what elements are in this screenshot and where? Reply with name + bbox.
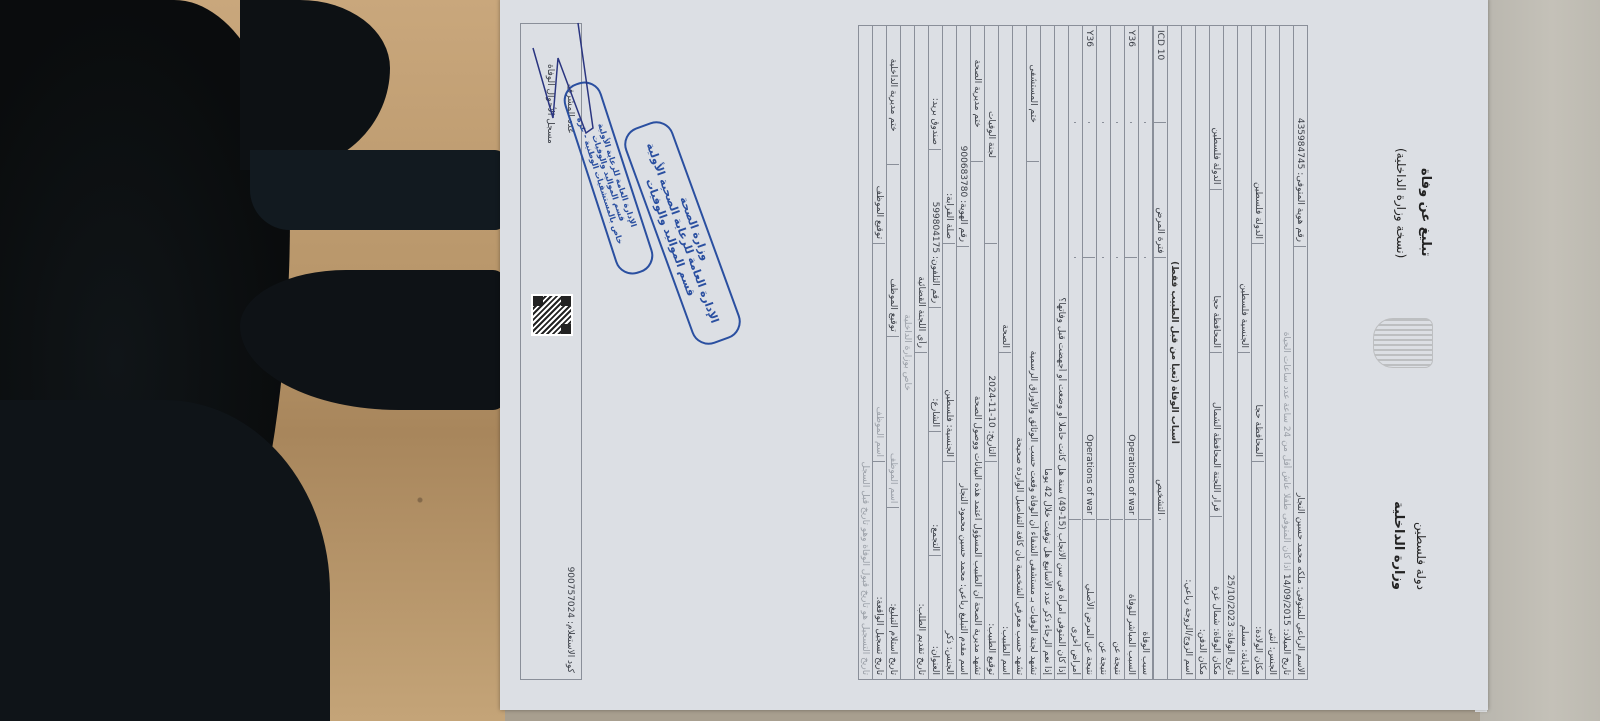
informant-id: 900683780 xyxy=(959,146,969,198)
field-label: تاريخ تقديم الطلب: xyxy=(916,352,928,679)
informant-nationality: فلسطين xyxy=(945,389,955,421)
cause-icd xyxy=(1075,26,1077,122)
table-row: تاريخ تقديم الطلب: رأي اللجنة القضائية xyxy=(914,25,928,680)
cause-diagnosis xyxy=(1145,257,1147,518)
cause-row: نتيجة عن المرض الأصليOperations of warY3… xyxy=(1082,25,1096,680)
table-row: مكان الولادة: المحافظة حجا الدولة فلسطين xyxy=(1251,25,1265,680)
floor-background-right xyxy=(1480,0,1600,721)
cause-duration xyxy=(1075,122,1077,257)
cause-row: نتيجة عن xyxy=(1110,25,1124,680)
field-label: الشارع: xyxy=(930,307,942,431)
field-label: رقم التلفون: xyxy=(931,256,941,303)
column-header: التشخيص xyxy=(1155,257,1167,518)
governorate-value: المحافظة حجا xyxy=(1253,243,1265,461)
table-row: اسم الزوج/الزوجة رباعي: xyxy=(1181,25,1195,680)
table-row: الجنس: أنثى xyxy=(1265,25,1279,680)
informant-name: محمد حسين محمود النجار xyxy=(959,484,969,582)
field-label: مكان الوفاة: xyxy=(1212,628,1222,675)
informant-gender: ذكر xyxy=(945,631,955,644)
field-label: اسم الموظف xyxy=(874,243,886,461)
column-header: ICD 10 xyxy=(1155,26,1167,122)
directorate-stamp-label: ختم مديرية الصحة xyxy=(972,26,984,161)
section-title: أسباب الوفاة (تعبأ من قبل الطبيب فقط) xyxy=(1169,26,1181,679)
doctor-certification: تشهد حسب معرفي الشخصية بأن كافة التفاصيل… xyxy=(1014,26,1026,679)
field-label: قرار اللجنة xyxy=(1212,471,1222,512)
causes-header-row: التشخيص فترة المرض ICD 10 xyxy=(1153,25,1167,680)
copy-label: (نسخة وزارة الداخلية) xyxy=(1394,148,1408,258)
cause-label: نتيجة عن xyxy=(1112,519,1124,679)
cause-label: نتيجة عن المرض الأصلي xyxy=(1084,519,1096,679)
hospital-certification: تشهد لجنة الوفيات بـ مستشفى الشفاء أن ال… xyxy=(1028,161,1040,679)
cause-diagnosis xyxy=(1117,257,1119,518)
field-label: الجنس: xyxy=(1268,647,1278,675)
cause-duration xyxy=(1089,122,1091,257)
field-label: الاسم الرباعي للمتوفى: xyxy=(1296,587,1306,675)
field-label: التاريخ: xyxy=(987,431,997,457)
document-header: دولة فلسطين وزارة الداخلية تبليغ عن وفاة… xyxy=(1313,0,1488,710)
field-label: اسم الزوج/الزوجة رباعي: xyxy=(1183,26,1195,679)
qr-code-icon xyxy=(531,294,573,336)
cause-label: نتيجة عن xyxy=(1098,519,1110,679)
field-label: اسم الطبيب: xyxy=(1000,352,1012,679)
table-row: إذا نعم الرجاء ذكر عدد الأسابيع هل توفيت… xyxy=(1040,25,1054,680)
table-row: تاريخ الوفاة: 25/10/2023 xyxy=(1223,25,1237,680)
field-label: توقيع الموظف xyxy=(888,164,900,336)
column-header: فترة المرض xyxy=(1155,122,1167,257)
informant-phone: 599804175 xyxy=(931,202,941,254)
field-label: رقم الهوية: xyxy=(959,200,969,242)
causes-title-row: أسباب الوفاة (تعبأ من قبل الطبيب فقط) xyxy=(1167,25,1181,680)
table-row: الاسم الرباعي للمتوفى: ملكه محمد حسين ال… xyxy=(1293,25,1308,680)
directorate-stamp-label: ختم مديرية الداخلية xyxy=(888,26,900,164)
inquiry-code: 900757024 xyxy=(565,567,575,619)
country-value: الدولة فلسطين xyxy=(1211,26,1223,189)
cause-icd: Y36 xyxy=(1084,26,1096,122)
cause-row: أمراض أخرى xyxy=(1068,25,1082,680)
field-label: توقيع الطبيب: xyxy=(986,461,998,679)
nationality-value: الجنسية فلسطين xyxy=(1239,26,1251,352)
cause-icd: Y36 xyxy=(1126,26,1138,122)
cause-row: سبب الوفاة xyxy=(1138,25,1153,680)
registration-note: تاريخ التسجيل هو تاريخ قبول الوفاة وهو ت… xyxy=(860,26,872,679)
religion-value: مسلم xyxy=(1240,625,1250,647)
document-title: تبليغ عن وفاة xyxy=(1418,168,1433,256)
cause-icd xyxy=(1145,26,1147,122)
table-row: اسم مقدم التبليغ رباعي: محمد حسين محمود … xyxy=(956,25,970,680)
field-label: تاريخ استلام التبليغ: xyxy=(888,507,900,679)
deceased-id: 435984745 xyxy=(1296,118,1306,170)
committee-label: لجنة الوفيات xyxy=(986,26,998,243)
gender-value: أنثى xyxy=(1268,629,1278,644)
table-row: توقيع الطبيب: التاريخ: 10-11-2024 لجنة ا… xyxy=(984,25,998,680)
table-row: تشهد لجنة الوفيات بـ مستشفى الشفاء أن ال… xyxy=(1026,25,1040,680)
cause-diagnosis: Operations of war xyxy=(1084,257,1096,518)
field-label: الجنسية: xyxy=(945,425,955,457)
field-label: اسم الموظف xyxy=(888,336,900,508)
cause-label: أمراض أخرى xyxy=(1070,519,1082,679)
governorate-value: المحافظة حجا xyxy=(1211,189,1223,353)
field-label: الجنس: xyxy=(945,647,955,675)
cause-diagnosis xyxy=(1103,257,1105,518)
signature-icon xyxy=(518,18,598,138)
dark-clothing-fold xyxy=(250,150,505,230)
field-label: صلة القرابة: xyxy=(944,26,956,243)
table-row: تاريخ الميلاد: 14/09/2015 اذا كان المتوف… xyxy=(1279,25,1293,680)
table-row: تاريخ استلام التبليغ: اسم الموظف توقيع ا… xyxy=(886,25,900,680)
cause-duration xyxy=(1103,122,1105,257)
cause-label: سبب الوفاة xyxy=(1140,519,1152,679)
field-label: تاريخ الميلاد: xyxy=(1282,629,1292,675)
section-title: خاص بوزارة الداخلية xyxy=(902,26,914,679)
cause-row: السبب المباشر للوفاةOperations of warY36 xyxy=(1124,25,1138,680)
field-label: رأي اللجنة القضائية xyxy=(916,26,928,352)
deceased-info-table: الاسم الرباعي للمتوفى: ملكه محمد حسين ال… xyxy=(858,25,1308,680)
deceased-name: ملكه محمد حسين النجار xyxy=(1296,493,1306,584)
field-label: رقم هوية المتوفى: xyxy=(1296,172,1306,242)
district-value: المحافظة الشمال xyxy=(1212,402,1222,468)
pregnancy-question: إذا نعم الرجاء ذكر عدد الأسابيع هل توفيت… xyxy=(1042,26,1054,679)
certification-date: 10-11-2024 xyxy=(987,375,997,427)
country-value: الدولة فلسطين xyxy=(1253,26,1265,243)
cause-icd xyxy=(1103,26,1105,122)
field-label: التجمع: xyxy=(930,431,942,555)
table-row: تشهد مديرية الصحة أن الطبيب المسؤول اعتم… xyxy=(970,25,984,680)
field-label: تاريخ تسجيل الواقعة: xyxy=(874,461,886,679)
directorate-certification: تشهد مديرية الصحة أن الطبيب المسؤول اعتم… xyxy=(972,161,984,679)
death-place: شمال غزة xyxy=(1212,586,1222,625)
field-label: اسم مقدم التبليغ رباعي: xyxy=(959,584,969,675)
eagle-emblem-icon xyxy=(1373,318,1433,368)
field-label: تاريخ الوفاة: xyxy=(1226,630,1236,675)
field-label: مكان الولادة: xyxy=(1254,626,1264,675)
table-row: مكان الدفن: xyxy=(1195,25,1209,680)
field-label: العنوان: xyxy=(930,555,942,679)
field-label: توقيع الموظف xyxy=(874,26,886,243)
cause-row: نتيجة عن xyxy=(1096,25,1110,680)
table-row: تاريخ التسجيل هو تاريخ قبول الوفاة وهو ت… xyxy=(858,25,872,680)
table-row: الجنس: ذكر الجنسية: فلسطين صلة القرابة: xyxy=(942,25,956,680)
age-note: اذا كان المتوفى طفلا عاش أقل من 24 ساعة … xyxy=(1282,332,1292,571)
cause-label: السبب المباشر للوفاة xyxy=(1126,519,1138,679)
cause-duration xyxy=(1131,122,1133,257)
table-row: اسم الطبيب: الصحة xyxy=(998,25,1012,680)
pregnancy-question: إذا كان المتوفى امرأة في سن الانجاب (15-… xyxy=(1056,26,1068,679)
table-row: الديانة: مسلم الجنسية فلسطين xyxy=(1237,25,1251,680)
field-label: صندوق بريد: xyxy=(930,26,942,149)
cause-duration xyxy=(1145,122,1147,257)
death-notification-paper: دولة فلسطين وزارة الداخلية تبليغ عن وفاة… xyxy=(500,0,1488,710)
cause-duration xyxy=(1117,122,1119,257)
table-row: تشهد حسب معرفي الشخصية بأن كافة التفاصيل… xyxy=(1012,25,1026,680)
hospital-stamp-label: ختم المستشفى xyxy=(1028,26,1040,161)
table-row: مكان الوفاة: شمال غزة قرار اللجنة المحاف… xyxy=(1209,25,1223,680)
field-label: كود الاستعلام: xyxy=(565,621,575,673)
table-row: العنوان: التجمع: الشارع: رقم التلفون: 59… xyxy=(928,25,942,680)
state-name: دولة فلسطين xyxy=(1414,522,1428,590)
table-row: تاريخ تسجيل الواقعة: اسم الموظف توقيع ال… xyxy=(872,25,886,680)
cause-diagnosis xyxy=(1075,257,1077,518)
document-rotated: دولة فلسطين وزارة الداخلية تبليغ عن وفاة… xyxy=(500,0,1488,710)
table-row: خاص بوزارة الداخلية xyxy=(900,25,914,680)
cause-diagnosis: Operations of war xyxy=(1126,257,1138,518)
table-row: إذا كان المتوفى امرأة في سن الانجاب (15-… xyxy=(1054,25,1068,680)
field-label: مكان الدفن: xyxy=(1197,26,1209,679)
birth-date: 14/09/2015 xyxy=(1282,574,1292,626)
field-label: الديانة: xyxy=(1240,649,1250,675)
field-label: الصحة xyxy=(1000,26,1012,352)
death-date: 25/10/2023 xyxy=(1226,575,1236,627)
stamp-line: الإدارة العامة للرعاية الصحية الأولية xyxy=(640,132,724,334)
cause-icd xyxy=(1117,26,1119,122)
ministry-name: وزارة الداخلية xyxy=(1391,501,1406,590)
